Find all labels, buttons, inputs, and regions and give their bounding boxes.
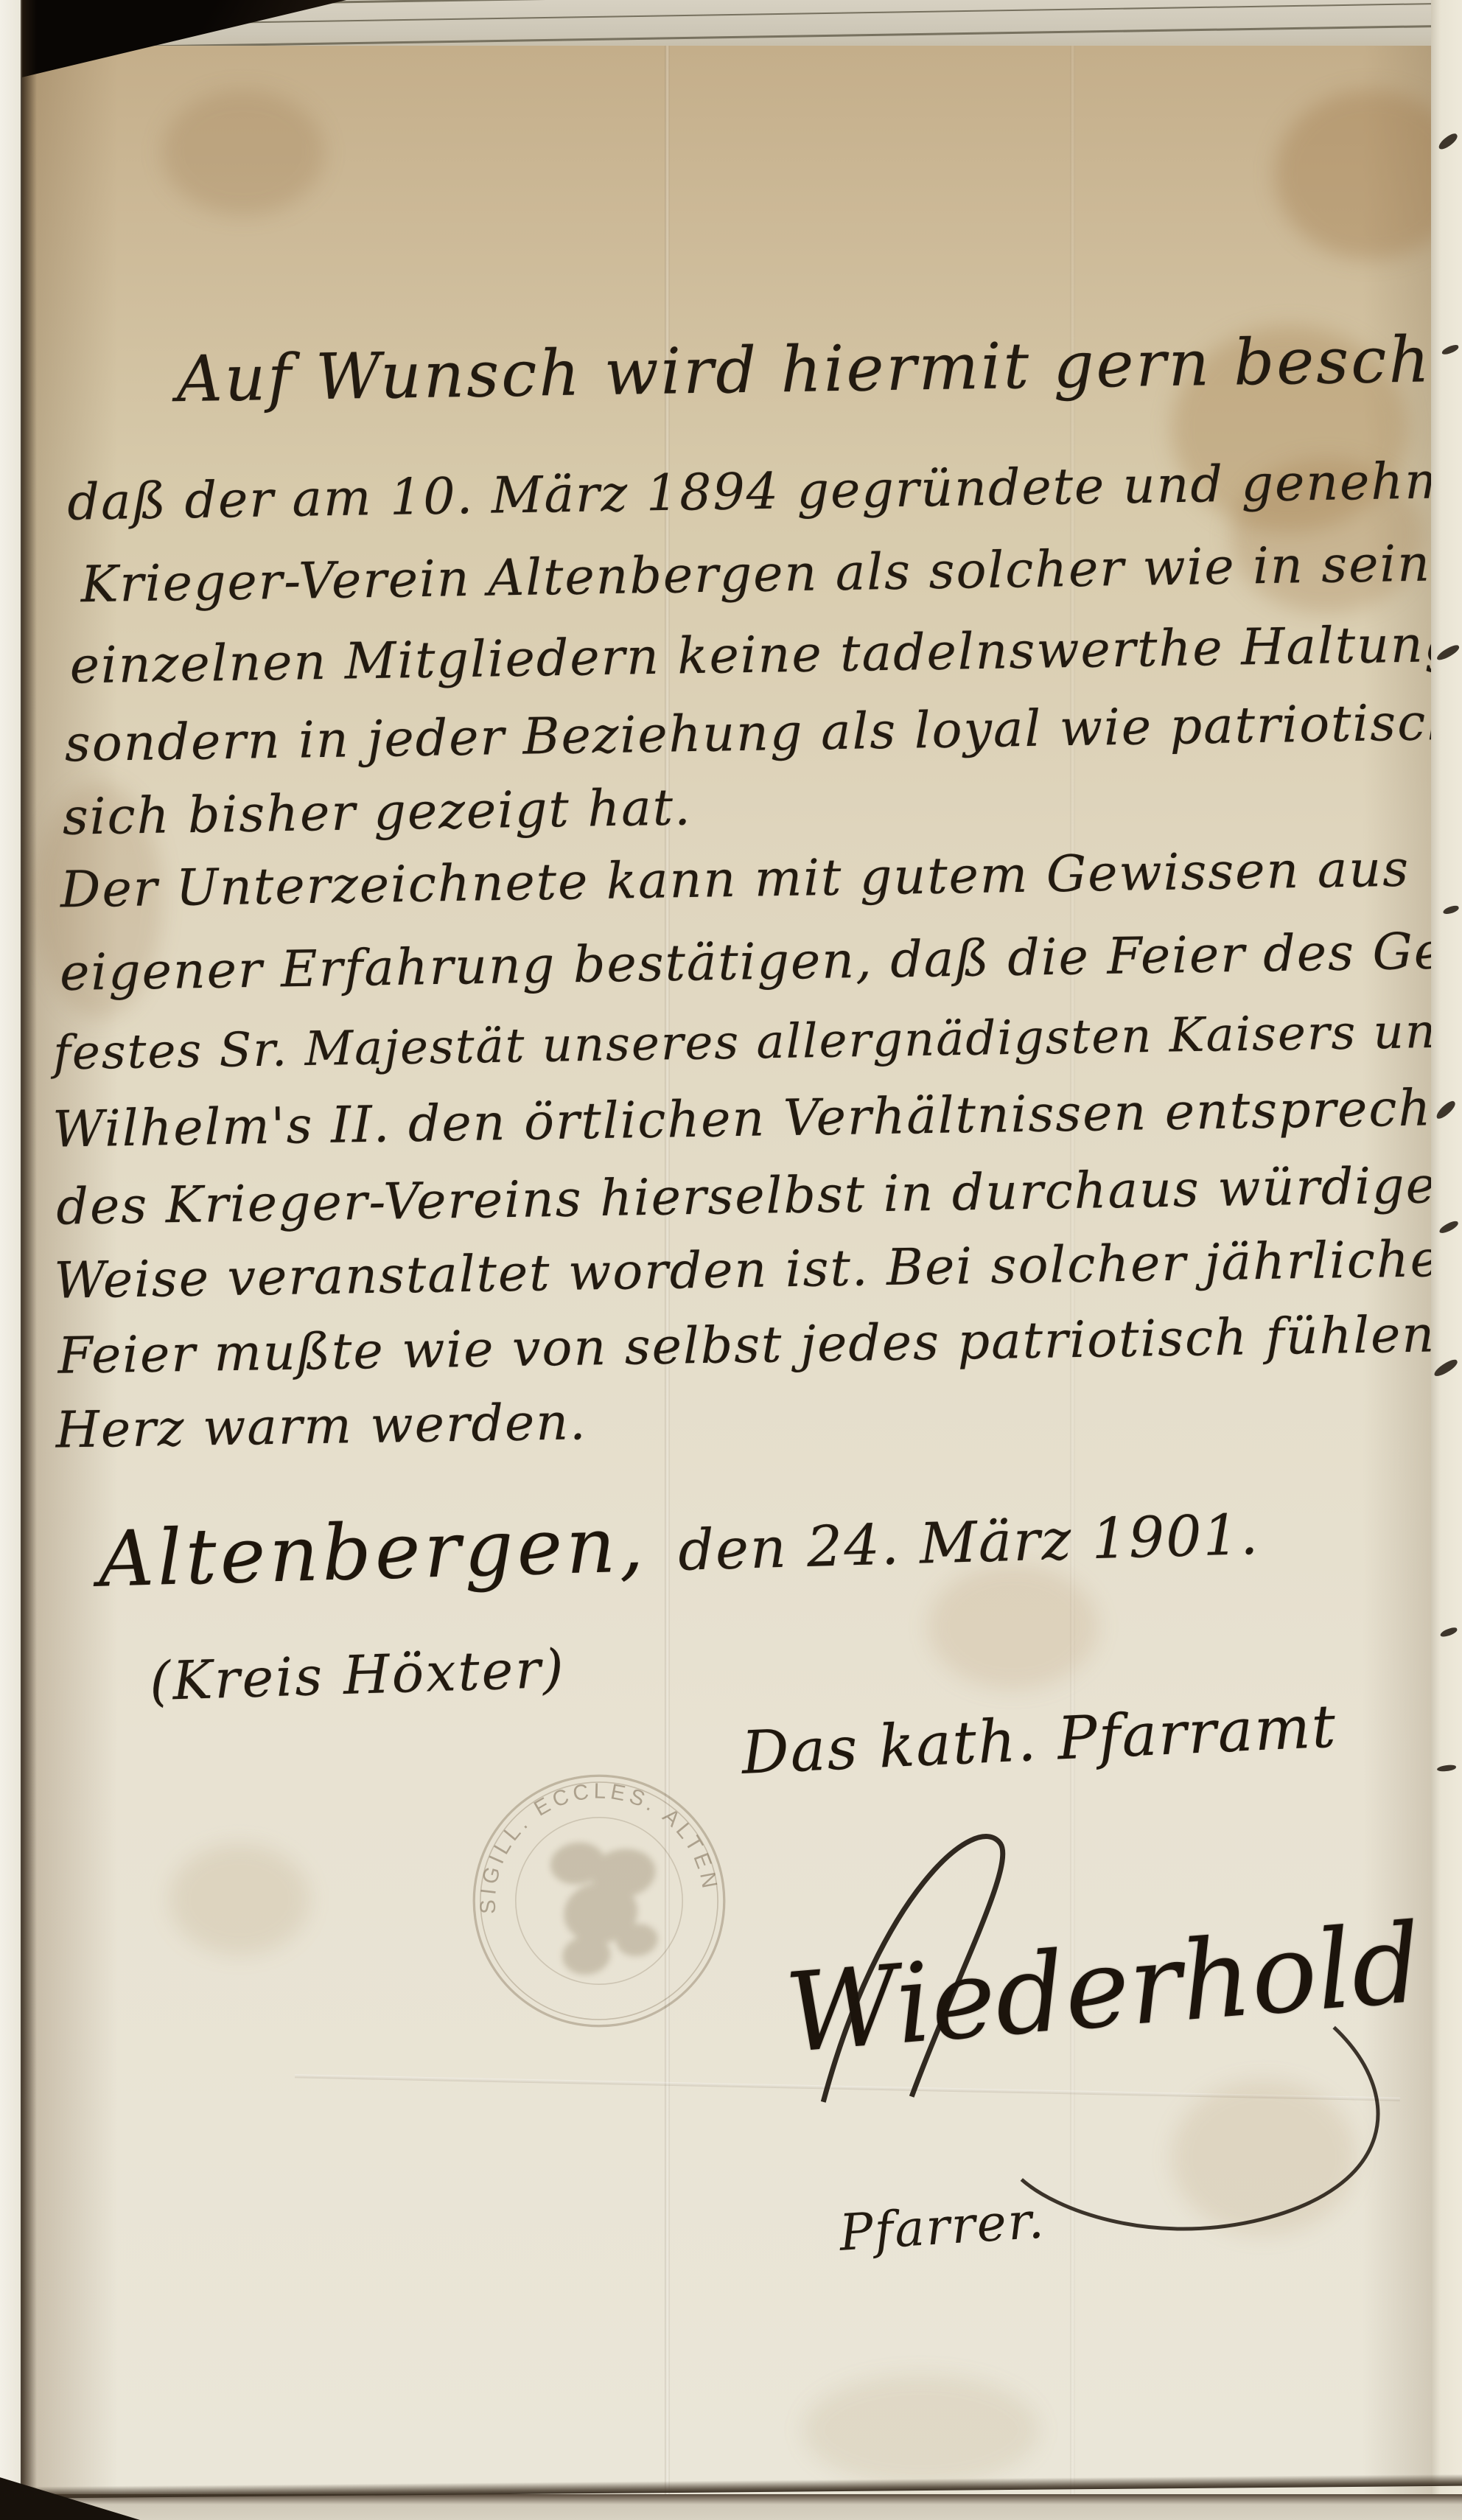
handwritten-text-layer: Auf Wunsch wird hiermit gern bescheinigt… — [22, 39, 1458, 2502]
letter-line-9: festes Sr. Majestät unseres allergnädigs… — [53, 1002, 1462, 1080]
adjacent-page-edge — [1431, 0, 1462, 2520]
letter-line-7: Der Unterzeichnete kann mit gutem Gewiss… — [60, 842, 1410, 919]
letter-line-3: Krieger-Verein Altenbergen als solcher w… — [80, 536, 1462, 613]
letter-line-14: Herz warm werden. — [55, 1395, 587, 1459]
district-line: (Kreis Höxter) — [149, 1642, 567, 1708]
archival-photo-of-letter: Auf Wunsch wird hiermit gern bescheinigt… — [0, 0, 1462, 2520]
church-seal-stamp: SIGILL. ECCLES. ALTENBERGEN — [445, 1747, 753, 2055]
left-gutter-shadow — [21, 0, 37, 2520]
letter-line-6: sich bisher gezeigt hat. — [62, 781, 692, 845]
letter-line-13: Feier mußte wie von selbst jedes patriot… — [57, 1307, 1462, 1385]
letter-line-12: Weise veranstaltet worden ist. Bei solch… — [54, 1232, 1462, 1309]
letter-line-5: sondern in jeder Beziehung als loyal wie… — [64, 696, 1461, 773]
letter-line-2: daß der am 10. März 1894 gegründete und … — [67, 453, 1462, 531]
left-page-edge — [0, 0, 22, 2520]
office-line: Das kath. Pfarramt — [741, 1697, 1338, 1783]
dateline-place: Altenbergen, — [97, 1506, 648, 1598]
page-bottom-area — [0, 2494, 1462, 2520]
stamp-coat-of-arms — [547, 1832, 668, 1978]
dateline-date: den 24. März 1901. — [677, 1507, 1260, 1579]
dateline: Altenbergen, den 24. März 1901. — [97, 1489, 1260, 1598]
signature-flourish — [733, 1779, 1461, 2287]
letter-line-8: eigener Erfahrung bestätigen, daß die Fe… — [60, 922, 1462, 1002]
letter-line-1: Auf Wunsch wird hiermit gern bescheinigt… — [176, 322, 1462, 415]
letter-line-10: Wilhelm's II. den örtlichen Verhältnisse… — [52, 1077, 1462, 1159]
letter-line-11: des Krieger-Vereins hierselbst in durcha… — [56, 1159, 1462, 1236]
letter-line-4: einzelnen Mitgliedern keine tadelnswerth… — [69, 617, 1462, 694]
letter-page: Auf Wunsch wird hiermit gern bescheinigt… — [22, 46, 1433, 2494]
